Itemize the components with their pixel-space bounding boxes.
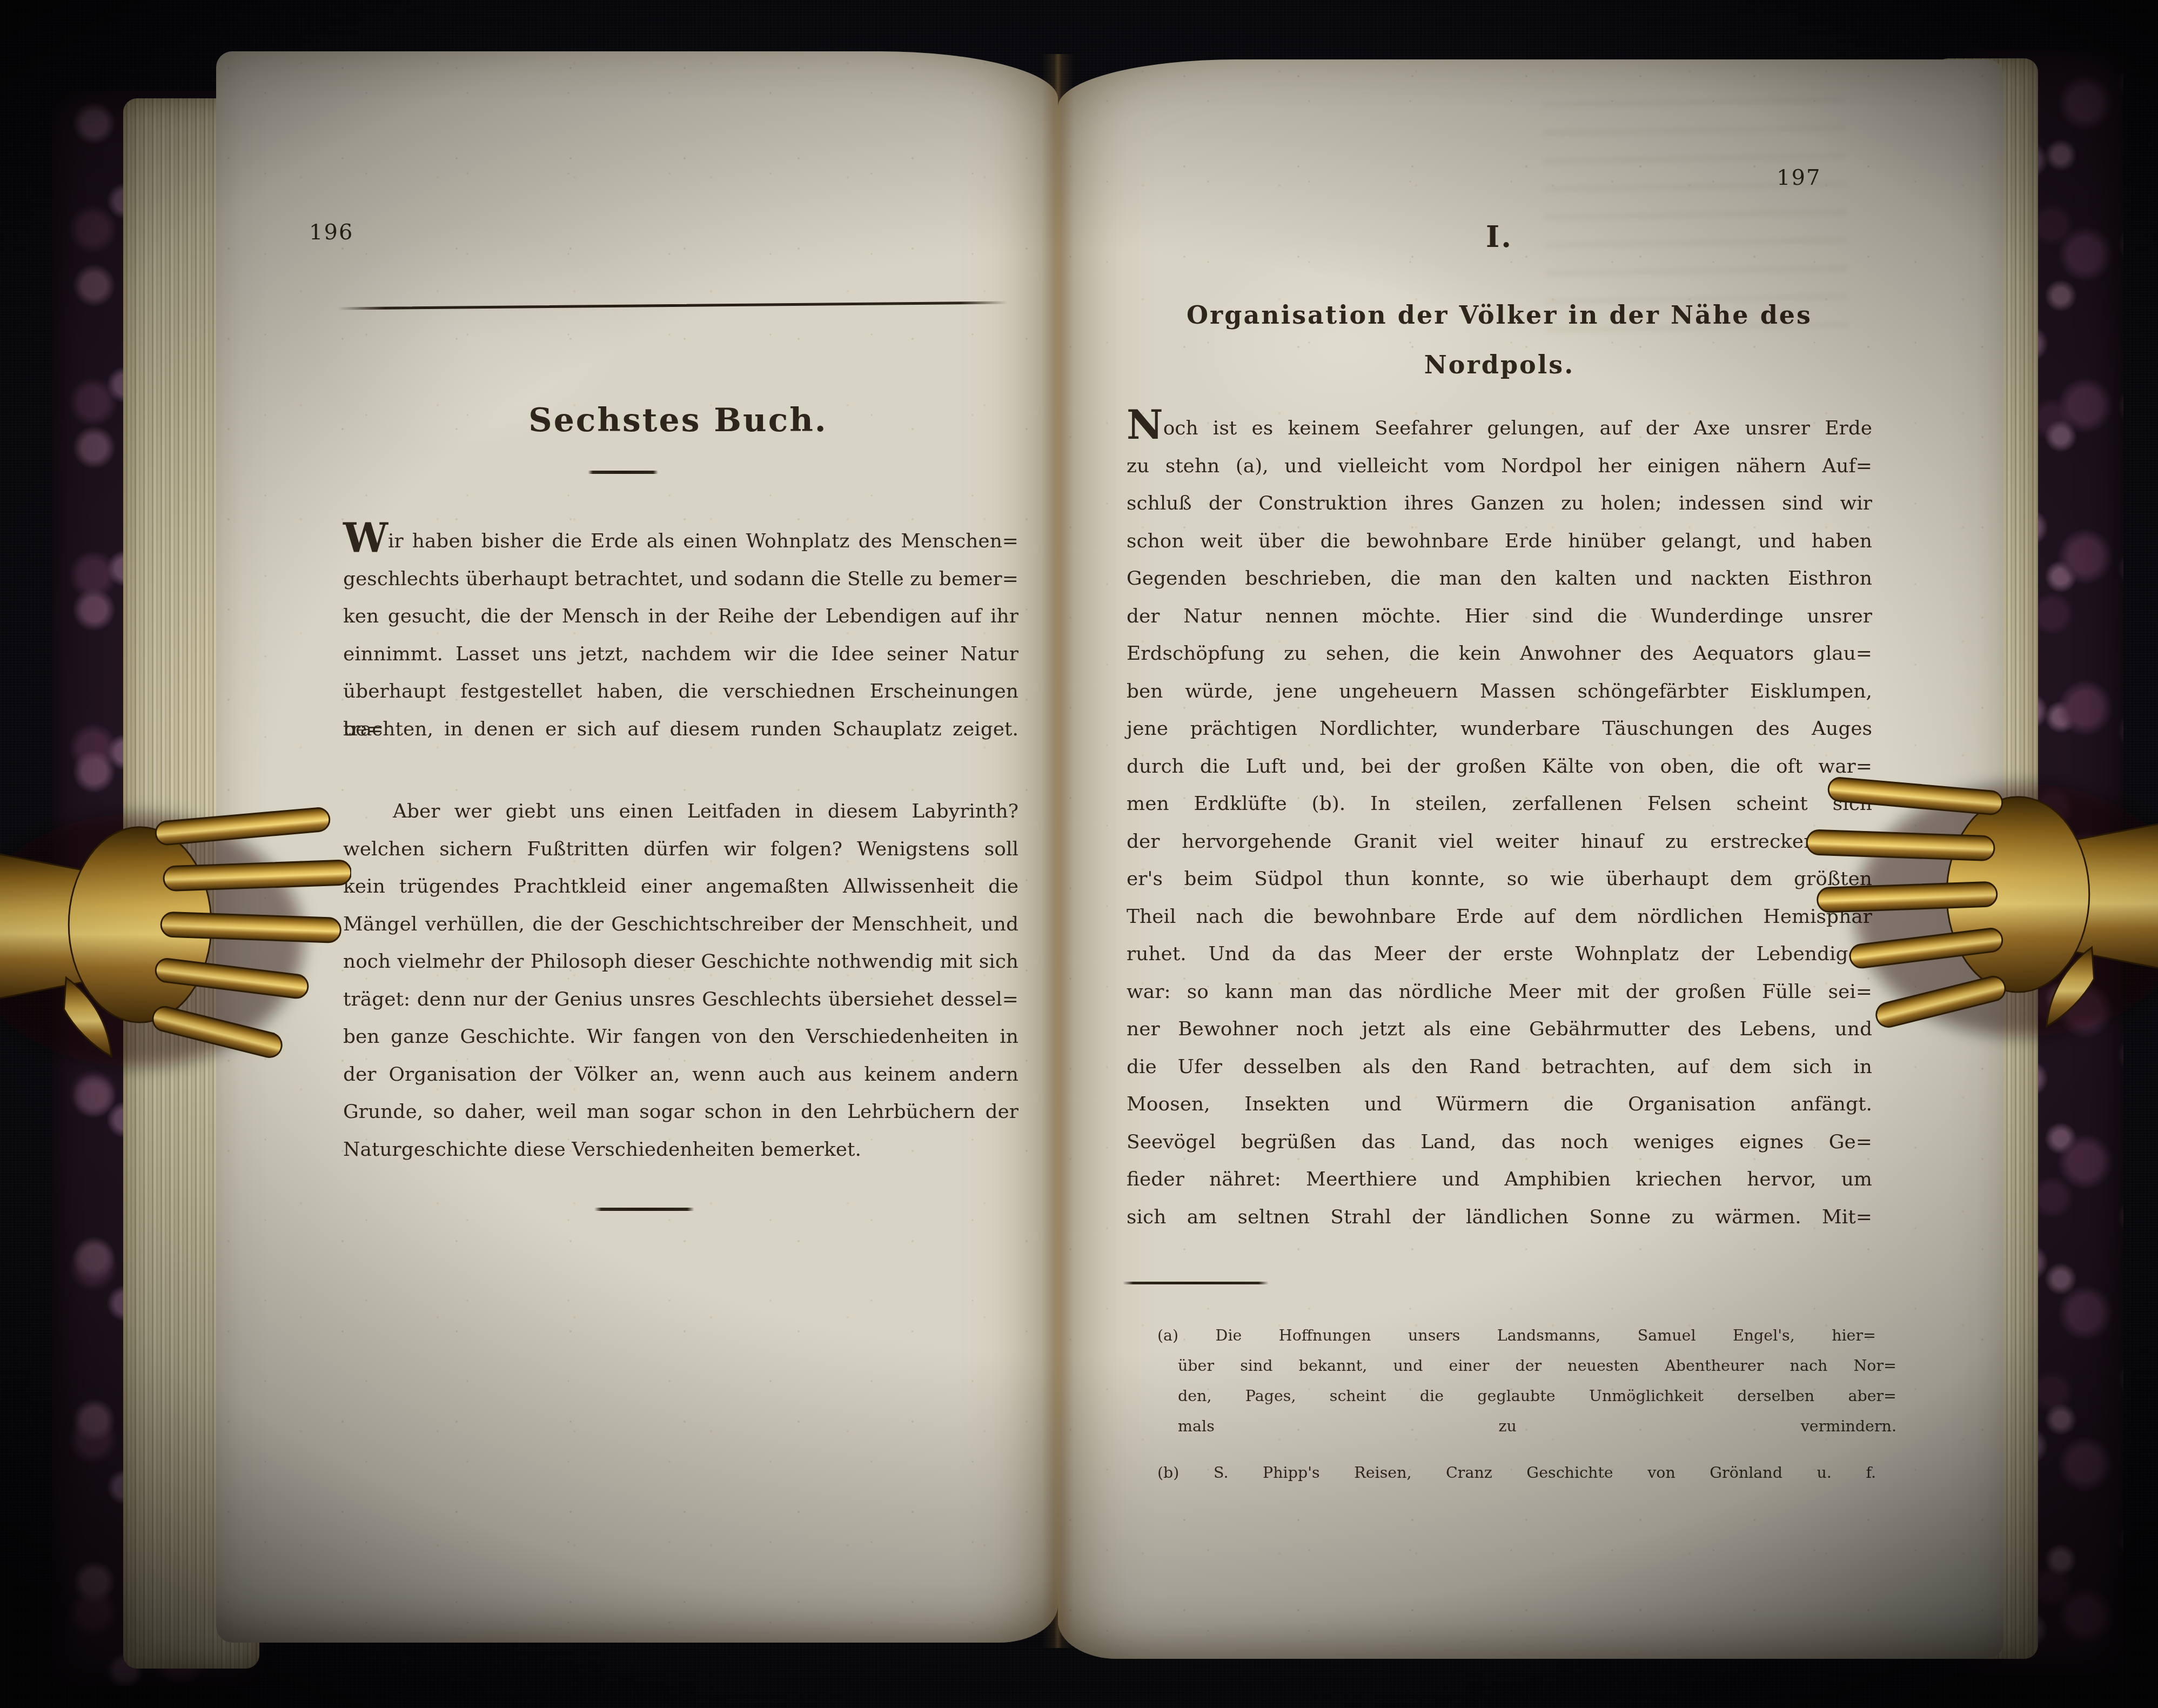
chapter-heading-line2: Nordpols. [1127, 350, 1872, 379]
paragraph-1: Wir haben bisher die Erde als einen Wohn… [343, 523, 1018, 748]
brass-hand-left [0, 772, 351, 1141]
drop-cap: W [343, 515, 388, 561]
text-line: Seevögel begrüßen das Land, das noch wen… [1127, 1123, 1872, 1161]
section-end-rule [594, 1208, 694, 1211]
text-line: Moosen, Insekten und Würmern die Organis… [1127, 1086, 1872, 1123]
text-line: Noch ist es keinem Seefahrer gelungen, a… [1127, 410, 1872, 447]
text-line: sich am seltnen Strahl der ländlichen So… [1127, 1198, 1872, 1236]
chapter-body: Noch ist es keinem Seefahrer gelungen, a… [1127, 410, 1872, 1236]
book-gutter-shadow [1042, 54, 1074, 1648]
footnote-line: (a) Die Hoffnungen unsers Landsmanns, Sa… [1157, 1321, 1876, 1351]
footnote-line: mals zu vermindern. [1157, 1411, 1896, 1442]
text-line: ben ganze Geschichte. Wir fangen von den… [343, 1018, 1018, 1056]
text-line: zu stehn (a), und vielleicht vom Nordpol… [1127, 447, 1872, 485]
text-line: geschlechts überhaupt betrachtet, und so… [343, 560, 1018, 598]
text-line: Erdschöpfung zu sehen, die kein Anwohner… [1127, 635, 1872, 673]
text-line: er's beim Südpol thun konnte, so wie übe… [1127, 860, 1872, 898]
footnote-line: den, Pages, scheint die geglaubte Unmögl… [1157, 1381, 1896, 1411]
book-section-heading: Sechstes Buch. [340, 401, 1016, 439]
text-line: kein trügendes Prachtkleid einer angemaß… [343, 868, 1018, 906]
book-photograph: { "colors":{ "background":"#0a0a0f", "pa… [0, 0, 2158, 1708]
text-line: welchen sichern Fußtritten dürfen wir fo… [343, 830, 1018, 868]
text-line: war: so kann man das nördliche Meer mit … [1127, 973, 1872, 1011]
text-line: ner Bewohner noch jetzt als eine Gebährm… [1127, 1010, 1872, 1048]
text-line-rest: ir haben bisher die Erde als einen Wohnp… [388, 530, 1018, 552]
header-rule [338, 302, 1008, 310]
text-line: träget: denn nur der Genius unsres Gesch… [343, 981, 1018, 1019]
text-line: schluß der Construktion ihres Ganzen zu … [1127, 485, 1872, 523]
text-line: ruhet. Und da das Meer der erste Wohnpla… [1127, 935, 1872, 973]
paragraph-2: Aber wer giebt uns einen Leitfaden in di… [343, 793, 1018, 1168]
text-line: Gegenden beschrieben, die man den kalten… [1127, 560, 1872, 598]
text-line: Mängel verhüllen, die der Geschichtschre… [343, 906, 1018, 943]
text-line: Aber wer giebt uns einen Leitfaden in di… [343, 793, 1018, 830]
text-line: schon weit über die bewohnbare Erde hinü… [1127, 523, 1872, 560]
text-line: Theil nach die bewohnbare Erde auf dem n… [1127, 898, 1872, 936]
text-line: Grunde, so daher, weil man sogar schon i… [343, 1093, 1018, 1131]
brass-hand-right [1807, 741, 2158, 1111]
text-line: men Erdklüfte (b). In steilen, zerfallen… [1127, 785, 1872, 823]
text-line: ben würde, jene ungeheuern Massen schöng… [1127, 673, 1872, 711]
text-line: der Organisation der Völker an, wenn auc… [343, 1056, 1018, 1094]
footnote-a: (a) Die Hoffnungen unsers Landsmanns, Sa… [1157, 1321, 1876, 1442]
text-line: der Natur nennen möchte. Hier sind die W… [1127, 598, 1872, 635]
text-line: Naturgeschichte diese Verschiedenheiten … [343, 1131, 1018, 1169]
drop-cap: N [1127, 402, 1163, 448]
text-line: jene prächtigen Nordlichter, wunderbare … [1127, 710, 1872, 748]
footnote-separator-rule [1123, 1282, 1269, 1284]
heading-divider-rule [588, 471, 658, 474]
text-line-rest: och ist es keinem Seefahrer gelungen, au… [1163, 417, 1872, 439]
text-line: einnimmt. Lasset uns jetzt, nachdem wir … [343, 635, 1018, 673]
text-line: ken gesucht, die der Mensch in der Reihe… [343, 598, 1018, 635]
text-line: trachten, in denen er sich auf diesem ru… [343, 711, 1018, 748]
footnote-b: (b) S. Phipp's Reisen, Cranz Geschichte … [1157, 1458, 1876, 1488]
text-line: überhaupt festgestellet haben, die versc… [343, 673, 1018, 711]
footnote-line: über sind bekannt, und einer der neueste… [1157, 1351, 1896, 1381]
show-through-text-ghost [1542, 95, 1848, 332]
text-line: Wir haben bisher die Erde als einen Wohn… [343, 523, 1018, 560]
text-line: der hervorgehende Granit viel weiter hin… [1127, 823, 1872, 861]
text-line: die Ufer desselben als den Rand betracht… [1127, 1048, 1872, 1086]
text-line: durch die Luft und, bei der großen Kälte… [1127, 748, 1872, 786]
text-line: fieder nähret: Meerthiere und Amphibien … [1127, 1161, 1872, 1198]
text-line: noch vielmehr der Philosoph dieser Gesch… [343, 943, 1018, 981]
page-number-left: 196 [309, 220, 353, 245]
